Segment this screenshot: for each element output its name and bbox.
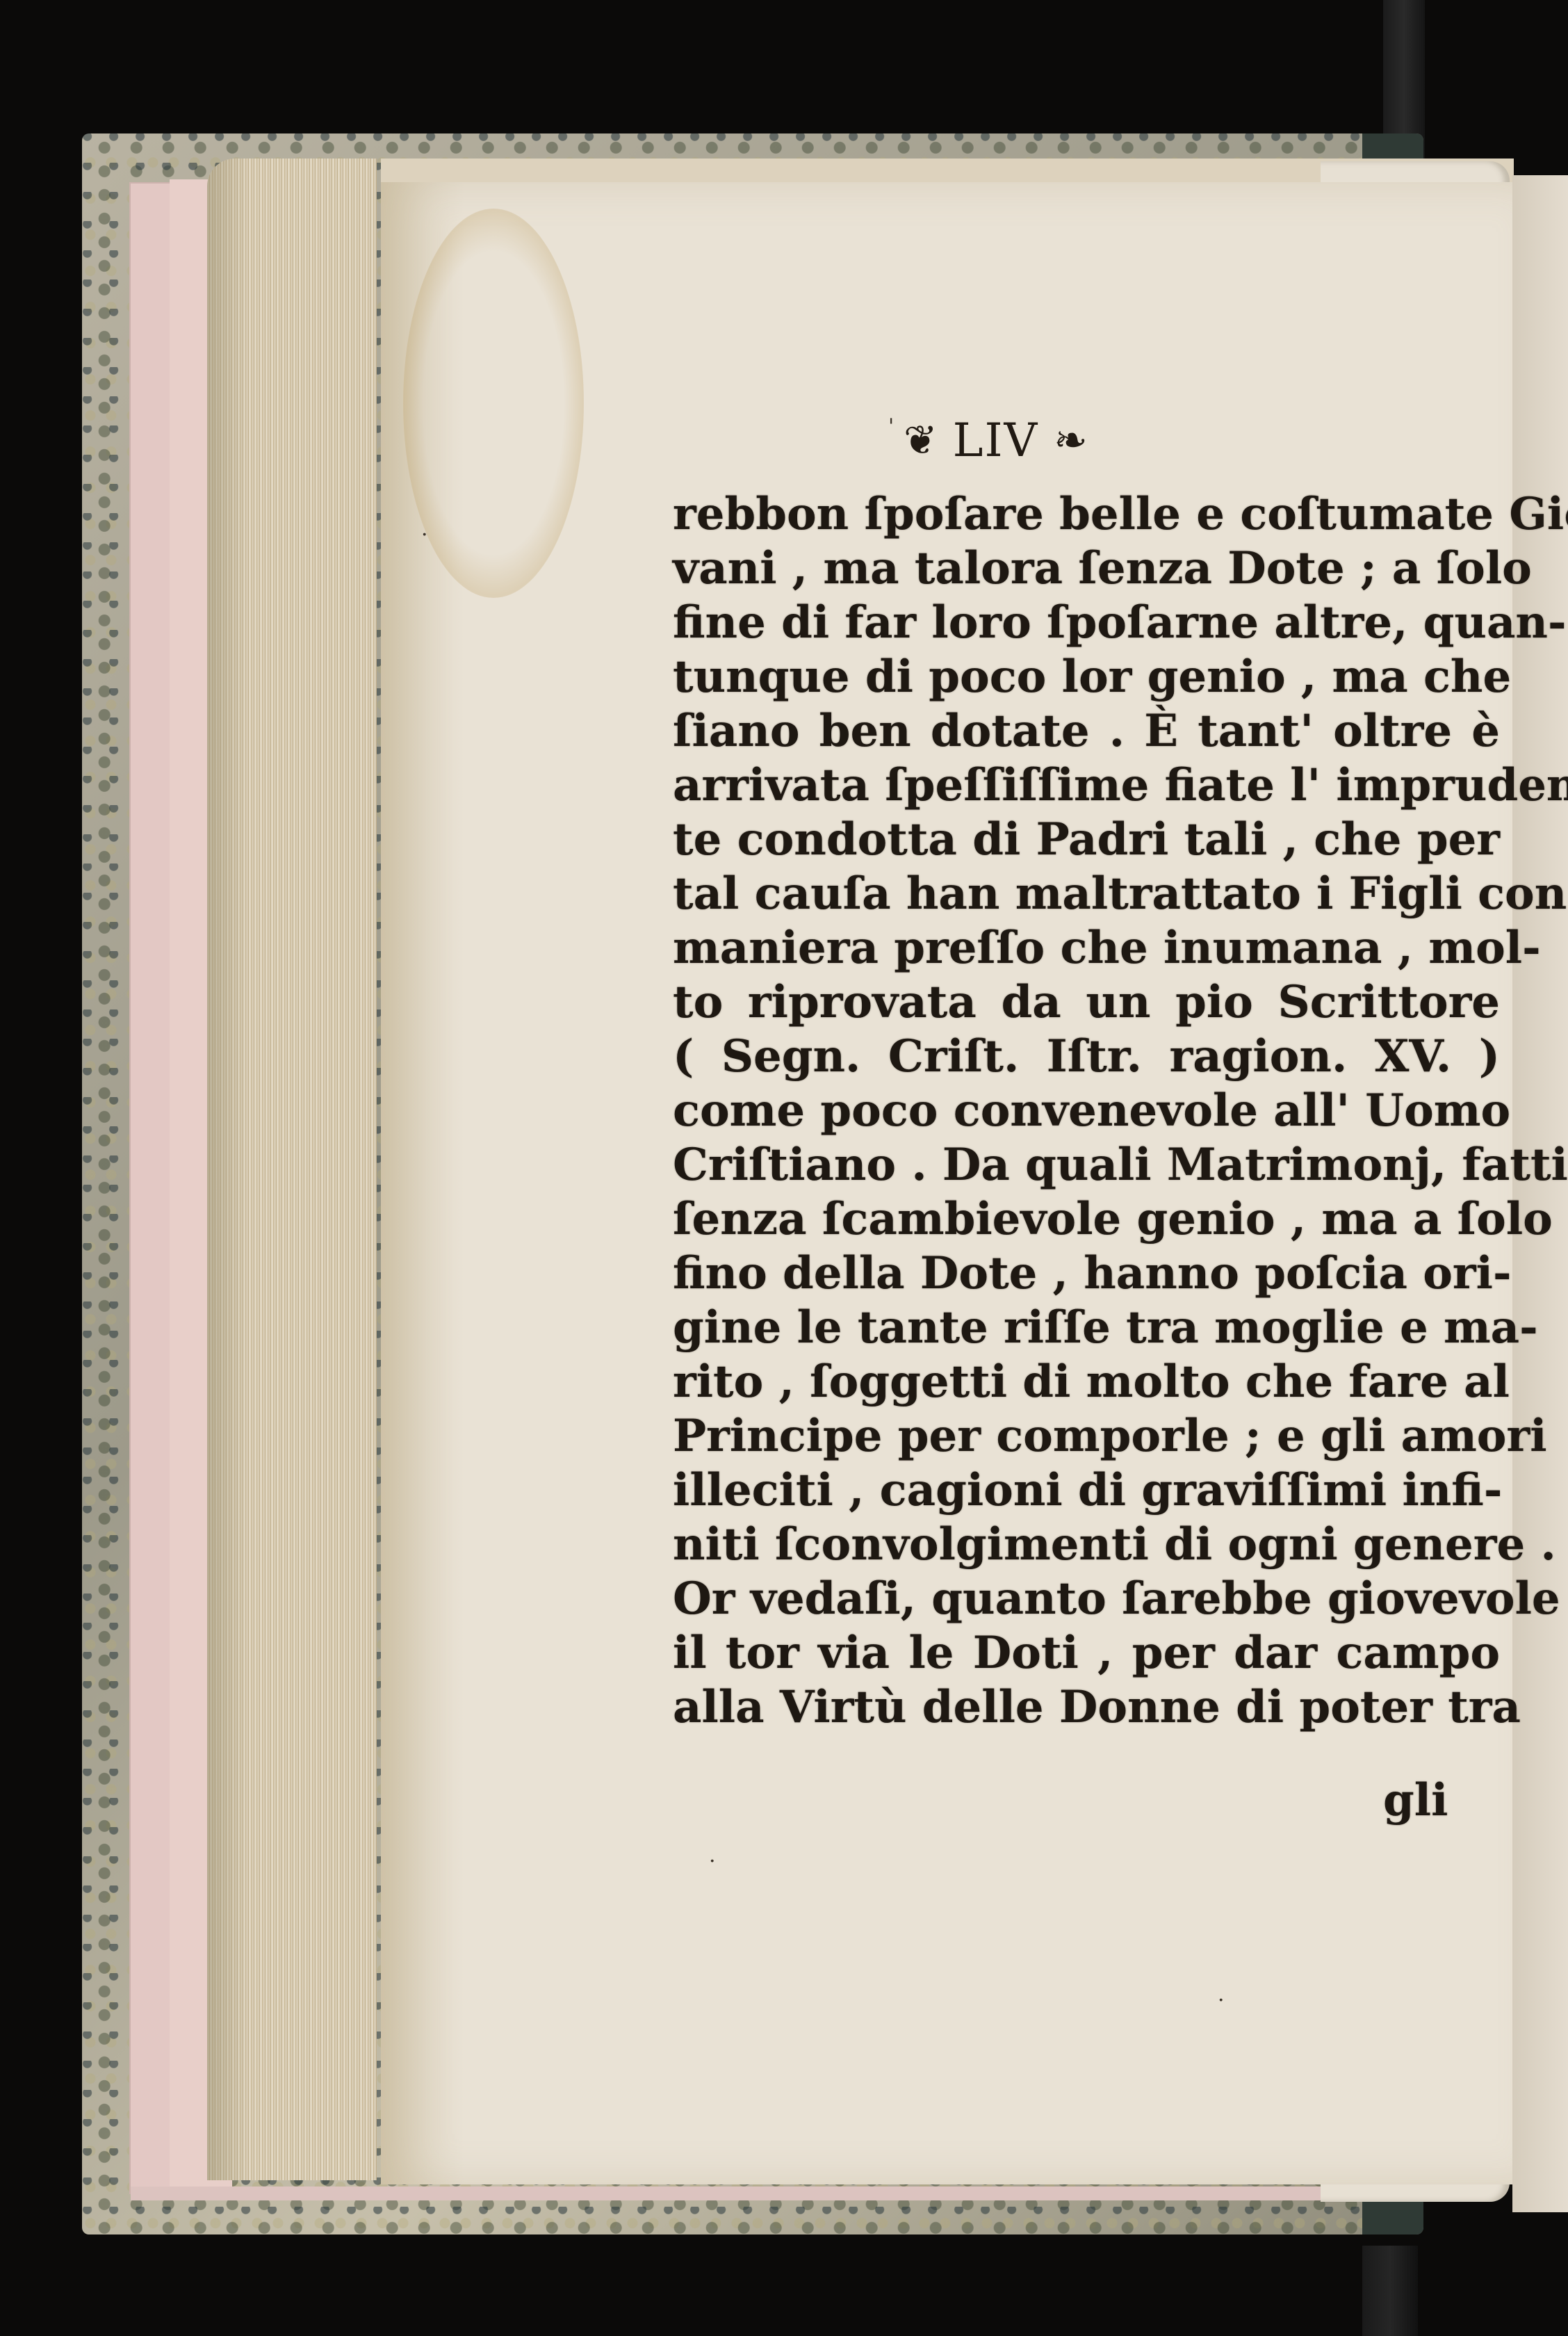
- text-line: to riprovata da un pio Scrittore: [673, 980, 1500, 1025]
- text-line: maniera preſſo che inumana , mol-: [673, 926, 1500, 971]
- text-line: rito , ſoggetti di molto che fare al: [673, 1360, 1500, 1404]
- text-line: rebbon ſpoſare belle e coſtumate Gio-: [673, 492, 1500, 537]
- text-line: Criſtiano . Da quali Matrimonj, fatti: [673, 1143, 1500, 1187]
- pink-endpaper-bottom: [131, 2187, 1354, 2200]
- text-line: ( Segn. Criſt. Iſtr. ragion. XV. ): [673, 1035, 1500, 1079]
- stray-mark: ·: [421, 523, 428, 547]
- text-line: illeciti , cagioni di graviſſimi infi-: [673, 1468, 1500, 1513]
- page-number: LIV: [953, 414, 1039, 467]
- text-line: niti ſconvolgimenti di ogni genere .: [673, 1523, 1500, 1567]
- catchword: gli: [1383, 1774, 1448, 1826]
- text-line: fino della Dote , hanno poſcia ori-: [673, 1251, 1500, 1296]
- text-line: ſiano ben dotate . È tant' oltre è: [673, 709, 1500, 754]
- text-line: tunque di poco lor genio , ma che: [673, 655, 1500, 699]
- text-line: te condotta di Padri tali , che per: [673, 818, 1500, 862]
- stray-mark: ·: [1218, 1988, 1225, 2013]
- text-line: gine le tante riſſe tra moglie e ma-: [673, 1306, 1500, 1350]
- water-stain: [403, 209, 584, 598]
- book-holder-clamp-bottom: [1362, 2246, 1418, 2336]
- stray-mark: ·: [709, 1849, 716, 1874]
- text-line: ſenza ſcambievole genio , ma a ſolo: [673, 1197, 1500, 1242]
- text-line: vani , ma talora ſenza Dote ; a ſolo: [673, 546, 1500, 591]
- text-line: Or vedaſi, quanto ſarebbe giovevole: [673, 1577, 1500, 1621]
- text-line: tal cauſa han maltrattato i Figli con: [673, 872, 1500, 916]
- page-stack-shadow: [207, 159, 249, 2180]
- text-line: alla Virtù delle Donne di poter tra: [673, 1685, 1500, 1730]
- text-line: Principe per comporle ; e gli amori: [673, 1414, 1500, 1459]
- text-line: come poco convenevole all' Uomo: [673, 1089, 1500, 1133]
- text-line: il tor via le Doti , per dar campo: [673, 1631, 1500, 1676]
- fleuron-left-icon: ❦: [904, 420, 938, 460]
- stray-mark: ': [888, 414, 894, 439]
- fleuron-right-icon: ❧: [1054, 420, 1088, 460]
- running-head: ❦ LIV ❧: [904, 409, 1251, 471]
- text-line: fine di far loro ſpoſarne altre, quan-: [673, 601, 1500, 645]
- text-line: arrivata ſpeſſiſſime fiate l' impruden-: [673, 763, 1500, 808]
